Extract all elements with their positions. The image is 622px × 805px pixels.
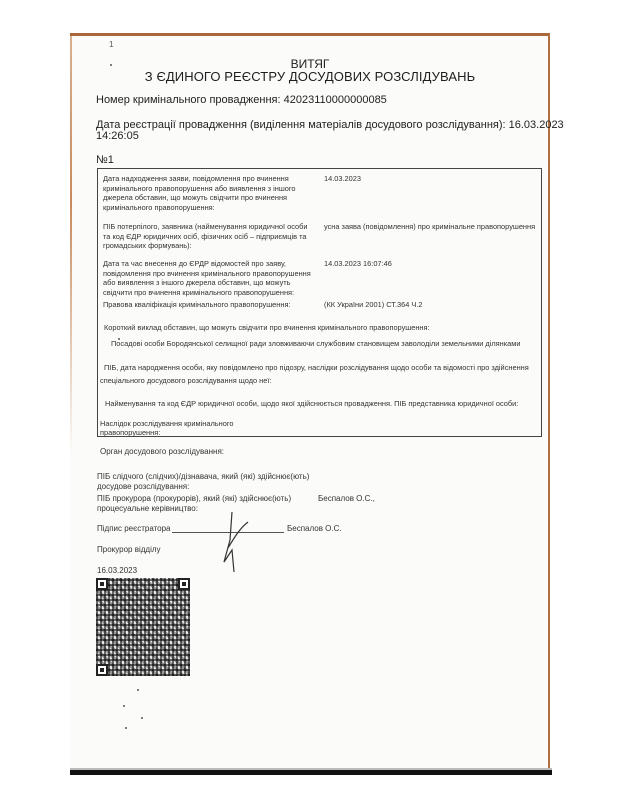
document-subtitle: З ЄДИНОГО РЕЄСТРУ ДОСУДОВИХ РОЗСЛІДУВАНЬ — [70, 69, 550, 84]
row-value-victim: усна заява (повідомлення) про кримінальн… — [324, 222, 535, 232]
investigator-label-cont: досудове розслідування: — [97, 482, 189, 491]
row-label-victim: ПІБ потерпілого, заявника (найменування … — [103, 222, 313, 251]
department-prosecutor-label: Прокурор відділу — [97, 545, 161, 554]
scan-speck — [137, 689, 139, 691]
registration-date: Дата реєстрації провадження (виділення м… — [96, 119, 564, 131]
page-edge — [70, 36, 72, 456]
investigator-label: ПІБ слідчого (слідчих)/дізнавача, який (… — [97, 472, 309, 481]
registration-time: 14:26:05 — [96, 130, 139, 142]
qr-finder-icon — [96, 578, 108, 590]
document-date: 16.03.2023 — [97, 566, 137, 575]
qr-finder-icon — [178, 578, 190, 590]
scan-speck — [123, 705, 125, 707]
row-value-qualification: (КК України 2001) СТ.364 Ч.2 — [324, 300, 423, 310]
outcome-label-cont: правопорушення: — [100, 428, 160, 438]
scanner-bottom-edge — [70, 768, 552, 775]
qr-finder-icon — [96, 664, 108, 676]
row-value-entry-datetime: 14.03.2023 16:07:46 — [324, 259, 392, 269]
case-number: Номер кримінального провадження: 4202311… — [96, 94, 387, 106]
summary-label: Короткий виклад обставин, що можуть свід… — [104, 323, 430, 333]
page-number: 1 — [109, 40, 113, 49]
scan-speck — [118, 338, 120, 340]
prosecutor-name: Беспалов О.С., — [318, 494, 375, 503]
case-details-table: Дата надходження заяви, повідомлення про… — [97, 168, 542, 437]
suspect-label: ПІБ, дата народження особи, яку повідомл… — [104, 363, 529, 373]
legal-entity-label: Найменування та код ЄДР юридичної особи,… — [105, 399, 518, 409]
entry-number: №1 — [96, 154, 114, 166]
registrar-signature-label: Підпис реєстратора — [97, 524, 171, 533]
pretrial-body-label: Орган досудового розслідування: — [100, 447, 224, 456]
row-label-receipt-date: Дата надходження заяви, повідомлення про… — [103, 174, 313, 212]
prosecutor-label-cont: процесуальне керівництво: — [97, 504, 198, 513]
row-value-receipt-date: 14.03.2023 — [324, 174, 361, 184]
scan-speck — [110, 64, 112, 66]
summary-text: Посадові особи Бородянської селищної рад… — [111, 339, 520, 349]
row-label-entry-datetime: Дата та час внесення до ЄРДР відомостей … — [103, 259, 313, 297]
scan-speck — [125, 727, 127, 729]
prosecutor-label: ПІБ прокурора (прокурорів), який (які) з… — [97, 494, 291, 503]
suspect-label-cont: спеціального досудового розслідування що… — [100, 376, 271, 386]
scan-speck — [141, 717, 143, 719]
row-label-qualification: Правова кваліфікація кримінального право… — [103, 300, 323, 310]
registrar-name: Беспалов О.С. — [287, 524, 342, 533]
qr-code — [96, 578, 190, 676]
handwritten-signature — [220, 510, 260, 572]
